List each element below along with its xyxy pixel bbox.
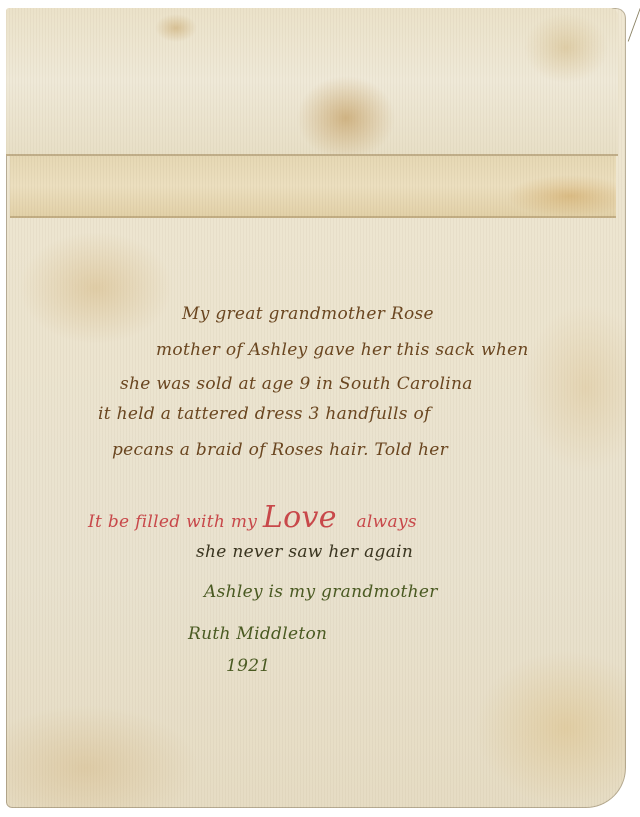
- embroidery-line-3: she was sold at age 9 in South Carolina: [120, 374, 473, 394]
- love-line-end: always: [356, 512, 416, 532]
- embroidery-line-9: Ruth Middleton: [188, 624, 327, 644]
- love-line-start: It be filled with my: [88, 512, 257, 532]
- embroidery-line-5: pecans a braid of Roses hair. Told her: [112, 440, 448, 460]
- embroidery-line-6: It be filled with my Love always: [88, 500, 417, 535]
- embroidery-line-7: she never saw her again: [196, 542, 413, 562]
- love-word: Love: [263, 500, 337, 535]
- embroidery-line-1: My great grandmother Rose: [182, 304, 434, 324]
- embroidery-line-2: mother of Ashley gave her this sack when: [156, 340, 529, 360]
- embroidery-line-8: Ashley is my grandmother: [204, 582, 438, 602]
- embroidery-line-10: 1921: [226, 656, 270, 676]
- embroidered-text: My great grandmother Rose mother of Ashl…: [0, 0, 640, 817]
- embroidery-line-4: it held a tattered dress 3 handfulls of: [98, 404, 431, 424]
